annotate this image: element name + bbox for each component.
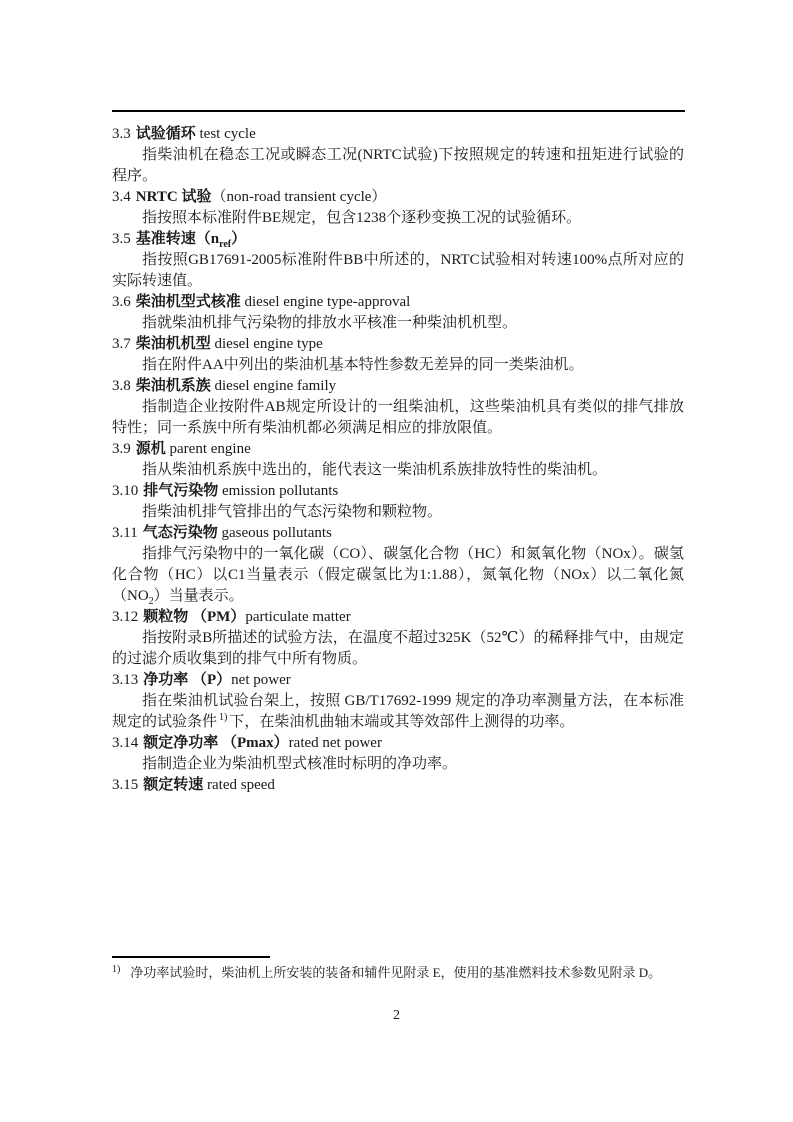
term-definition: 指制造企业按附件AB规定所设计的一组柴油机，这些柴油机具有类似的排气排放特性；同… — [112, 397, 684, 439]
term-zh-text: 基准转速（n — [136, 231, 219, 247]
footnote-body: 净功率试验时，柴油机上所安装的装备和辅件见附录 E，使用的基准燃料技术参数见附录… — [130, 965, 661, 980]
term-definition: 指在附件AA中列出的柴油机基本特性参数无差异的同一类柴油机。 — [112, 355, 684, 376]
term-definition: 指按照本标准附件BE规定，包含1238个逐秒变换工况的试验循环。 — [112, 208, 684, 229]
section-3-14: 3.14额定净功率 （Pmax）rated net power 指制造企业为柴油… — [112, 733, 684, 775]
footnote-text: 1)净功率试验时，柴油机上所安装的装备和辅件见附录 E，使用的基准燃料技术参数见… — [112, 964, 684, 982]
term-definition: 指制造企业为柴油机型式核准时标明的净功率。 — [112, 754, 684, 775]
term-zh: 柴油机系族 — [136, 378, 211, 394]
term-zh: 颗粒物 （PM） — [143, 609, 245, 625]
section-number: 3.11 — [112, 525, 138, 541]
term-zh: 柴油机型式核准 — [136, 294, 241, 310]
section-3-4: 3.4NRTC 试验（non-road transient cycle） 指按照… — [112, 187, 684, 229]
term-en: rated net power — [289, 735, 382, 751]
section-number: 3.14 — [112, 735, 138, 751]
term-heading: 3.10排气污染物 emission pollutants — [112, 481, 684, 502]
term-zh: 柴油机机型 — [136, 336, 211, 352]
section-number: 3.9 — [112, 441, 131, 457]
section-3-6: 3.6柴油机型式核准 diesel engine type-approval 指… — [112, 292, 684, 334]
header-rule — [112, 110, 685, 112]
section-3-10: 3.10排气污染物 emission pollutants 指柴油机排气管排出的… — [112, 481, 684, 523]
footnote-marker: 1) — [112, 964, 120, 975]
section-number: 3.12 — [112, 609, 138, 625]
term-en: parent engine — [170, 441, 251, 457]
footnote-separator — [112, 956, 270, 958]
term-zh-text: ） — [231, 231, 246, 247]
section-3-13: 3.13净功率 （P）net power 指在柴油机试验台架上，按照 GB/T1… — [112, 670, 684, 733]
term-heading: 3.6柴油机型式核准 diesel engine type-approval — [112, 292, 684, 313]
term-definition: 指按附录B所描述的试验方法，在温度不超过325K（52℃）的稀释排气中，由规定的… — [112, 628, 684, 670]
term-en: emission pollutants — [222, 483, 338, 499]
term-en: net power — [231, 672, 291, 688]
term-heading: 3.5基准转速（nref） — [112, 229, 684, 250]
section-3-7: 3.7柴油机机型 diesel engine type 指在附件AA中列出的柴油… — [112, 334, 684, 376]
term-en: rated speed — [207, 777, 275, 793]
term-zh: 排气污染物 — [143, 483, 218, 499]
section-number: 3.5 — [112, 231, 131, 247]
term-definition: 指柴油机排气管排出的气态污染物和颗粒物。 — [112, 502, 684, 523]
section-number: 3.4 — [112, 189, 131, 205]
term-zh: 额定转速 — [143, 777, 203, 793]
term-heading: 3.11气态污染物 gaseous pollutants — [112, 523, 684, 544]
section-number: 3.7 — [112, 336, 131, 352]
section-3-5: 3.5基准转速（nref） 指按照GB17691-2005标准附件BB中所述的，… — [112, 229, 684, 292]
term-definition: 指按照GB17691-2005标准附件BB中所述的，NRTC试验相对转速100%… — [112, 250, 684, 292]
section-3-8: 3.8柴油机系族 diesel engine family 指制造企业按附件AB… — [112, 376, 684, 439]
footnote: 1)净功率试验时，柴油机上所安装的装备和辅件见附录 E，使用的基准燃料技术参数见… — [112, 956, 684, 982]
section-3-12: 3.12颗粒物 （PM）particulate matter 指按附录B所描述的… — [112, 607, 684, 670]
term-en: particulate matter — [245, 609, 350, 625]
term-en: diesel engine type — [215, 336, 323, 352]
term-heading: 3.12颗粒物 （PM）particulate matter — [112, 607, 684, 628]
section-number: 3.8 — [112, 378, 131, 394]
term-en: gaseous pollutants — [221, 525, 331, 541]
term-heading: 3.3试验循环 test cycle — [112, 124, 684, 145]
term-definition: 指排气污染物中的一氧化碳（CO）、碳氢化合物（HC）和氮氧化物（NOx）。碳氢化… — [112, 544, 684, 607]
term-zh: 源机 — [136, 441, 166, 457]
term-heading: 3.13净功率 （P）net power — [112, 670, 684, 691]
section-3-3: 3.3试验循环 test cycle 指柴油机在稳态工况或瞬态工况(NRTC试验… — [112, 124, 684, 187]
definition-text: 下，在柴油机曲轴末端或其等效部件上测得的功率。 — [229, 714, 574, 730]
document-body: 3.3试验循环 test cycle 指柴油机在稳态工况或瞬态工况(NRTC试验… — [112, 124, 684, 796]
section-number: 3.15 — [112, 777, 138, 793]
term-heading: 3.14额定净功率 （Pmax）rated net power — [112, 733, 684, 754]
term-zh: 净功率 （P） — [143, 672, 231, 688]
section-number: 3.6 — [112, 294, 131, 310]
term-en: test cycle — [200, 126, 256, 142]
section-number: 3.10 — [112, 483, 138, 499]
term-heading: 3.4NRTC 试验（non-road transient cycle） — [112, 187, 684, 208]
term-en: （non-road transient cycle） — [211, 189, 386, 205]
term-zh: 气态污染物 — [143, 525, 218, 541]
term-heading: 3.15额定转速 rated speed — [112, 775, 684, 796]
term-definition: 指就柴油机排气污染物的排放水平核准一种柴油机机型。 — [112, 313, 684, 334]
term-heading: 3.7柴油机机型 diesel engine type — [112, 334, 684, 355]
nref-subscript: ref — [219, 239, 231, 250]
definition-text: ）当量表示。 — [154, 588, 244, 604]
term-heading: 3.9源机 parent engine — [112, 439, 684, 460]
term-zh: 额定净功率 （Pmax） — [143, 735, 288, 751]
section-number: 3.3 — [112, 126, 131, 142]
term-en: diesel engine type-approval — [245, 294, 411, 310]
term-definition: 指柴油机在稳态工况或瞬态工况(NRTC试验)下按照规定的转速和扭矩进行试验的程序… — [112, 145, 684, 187]
section-number: 3.13 — [112, 672, 138, 688]
term-zh: 基准转速（nref） — [136, 231, 246, 247]
term-zh: NRTC 试验 — [136, 189, 212, 205]
footnote-reference: 1) — [219, 712, 227, 723]
term-en: diesel engine family — [215, 378, 337, 394]
page-number: 2 — [0, 1008, 793, 1024]
document-page: 3.3试验循环 test cycle 指柴油机在稳态工况或瞬态工况(NRTC试验… — [0, 0, 793, 1122]
term-definition: 指在柴油机试验台架上，按照 GB/T17692-1999 规定的净功率测量方法，… — [112, 691, 684, 733]
term-heading: 3.8柴油机系族 diesel engine family — [112, 376, 684, 397]
section-3-9: 3.9源机 parent engine 指从柴油机系族中选出的，能代表这一柴油机… — [112, 439, 684, 481]
section-3-11: 3.11气态污染物 gaseous pollutants 指排气污染物中的一氧化… — [112, 523, 684, 607]
term-definition: 指从柴油机系族中选出的，能代表这一柴油机系族排放特性的柴油机。 — [112, 460, 684, 481]
section-3-15: 3.15额定转速 rated speed — [112, 775, 684, 796]
term-zh: 试验循环 — [136, 126, 196, 142]
